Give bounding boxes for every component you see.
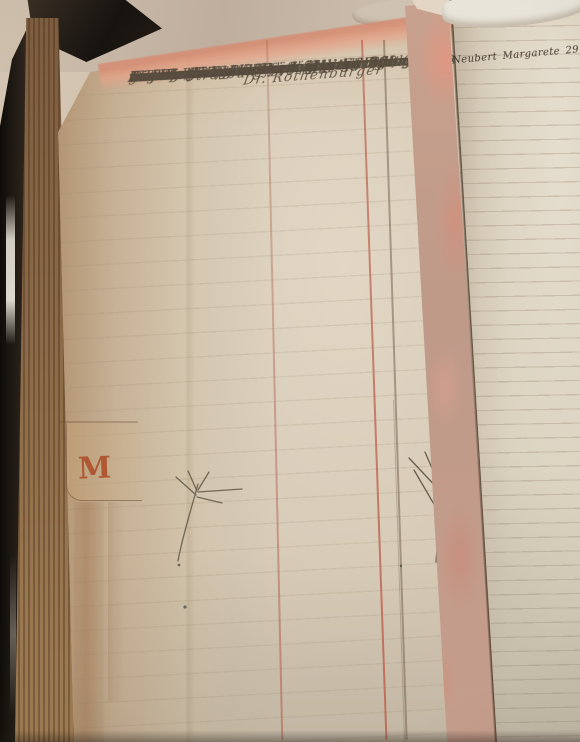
ledger-book-photo: M Häuser aus Stügen und Alt Buche wurden…: [0, 0, 580, 742]
page-edge-highlight: [10, 555, 16, 715]
tab-shadow-streak: [74, 502, 104, 742]
page-edge-highlight: [6, 195, 15, 345]
tab-shadow-streak: [108, 502, 124, 702]
index-tab-letter: M: [77, 451, 111, 486]
bottom-shadow: [0, 730, 580, 742]
